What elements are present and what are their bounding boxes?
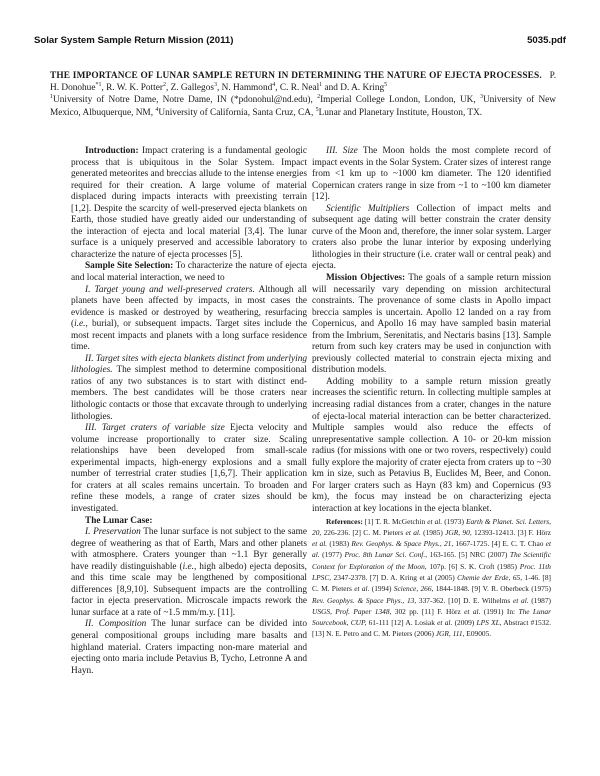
- reference-item: [7] D. A. Kring et al (2005) Chemie der …: [367, 573, 540, 582]
- left-column: Introduction: Impact cratering is a fund…: [71, 146, 307, 677]
- right-column: III. Size The Moon holds the most comple…: [312, 146, 551, 640]
- author: N. Hammond4,: [222, 83, 280, 93]
- preservation-paragraph: I. Preservation The lunar surface is not…: [71, 527, 307, 619]
- conference-name: Solar System Sample Return Mission (2011…: [34, 35, 233, 46]
- section-heading-mission-objectives: Mission Objectives:: [326, 273, 405, 283]
- lunar-case-heading: The Lunar Case:: [71, 516, 307, 528]
- running-header: Solar System Sample Return Mission (2011…: [34, 35, 566, 46]
- subheading: I. Target young and well-preserved crate…: [85, 285, 255, 295]
- author: C. R. Neal1 and: [280, 83, 340, 93]
- title-block: THE IMPORTANCE OF LUNAR SAMPLE RETURN IN…: [50, 70, 556, 119]
- paper-title: THE IMPORTANCE OF LUNAR SAMPLE RETURN IN…: [50, 71, 542, 81]
- intro-paragraph: Introduction: Impact cratering is a fund…: [71, 146, 307, 261]
- reference-item: [12] A. Losiak et al. (2009) LPS XL, Abs…: [389, 618, 551, 627]
- author: R. W. K. Potter2,: [106, 83, 170, 93]
- target-variable-size-paragraph: III. Target craters of variable size Eje…: [71, 423, 307, 515]
- section-heading-site-selection: Sample Site Selection:: [85, 261, 173, 271]
- section-heading-introduction: Introduction:: [85, 146, 139, 156]
- mission-objectives-paragraph: Mission Objectives: The goals of a sampl…: [312, 273, 551, 377]
- site-selection-paragraph: Sample Site Selection: To characterize t…: [71, 261, 307, 284]
- subheading: II. Composition: [85, 619, 146, 629]
- author: D. A. Kring5: [340, 83, 387, 93]
- affiliation-list: 1University of Notre Dame, Notre Dame, I…: [50, 95, 556, 117]
- composition-paragraph: II. Composition The lunar surface can be…: [71, 619, 307, 677]
- subheading: III. Target craters of variable size: [85, 423, 225, 433]
- subheading: I. Preservation: [85, 527, 141, 537]
- affiliation: Lunar and Planetary Institute, Houston, …: [319, 108, 483, 118]
- file-name: 5035.pdf: [527, 35, 566, 46]
- multipliers-paragraph: Scientific Multipliers Collection of imp…: [312, 204, 551, 273]
- target-young-craters-paragraph: I. Target young and well-preserved crate…: [71, 285, 307, 354]
- affiliation: University of California, Santa Cruz, CA…: [158, 108, 315, 118]
- reference-item: [2] C. M. Pieters et al. (1985) JGR, 90,…: [350, 528, 515, 537]
- author: Z. Gallegos3,: [171, 83, 222, 93]
- section-heading-lunar-case: The Lunar Case:: [85, 516, 153, 526]
- subheading: Scientific Multipliers: [326, 204, 409, 214]
- reference-item: [13] N. E. Petro and C. M. Pieters (2006…: [312, 629, 491, 638]
- size-paragraph: III. Size The Moon holds the most comple…: [312, 146, 551, 204]
- target-distinct-ejecta-paragraph: II. Target sites with ejecta blankets di…: [71, 354, 307, 423]
- affiliation: University of Notre Dame, Notre Dame, IN…: [53, 95, 317, 105]
- section-heading-references: References:: [326, 517, 363, 526]
- mobility-paragraph: Adding mobility to a sample return missi…: [312, 377, 551, 516]
- affiliation: Imperial College London, London, UK,: [320, 95, 480, 105]
- subheading: III. Size: [326, 146, 358, 156]
- references-list: References: [1] T. R. McGetchin et al. (…: [312, 516, 551, 640]
